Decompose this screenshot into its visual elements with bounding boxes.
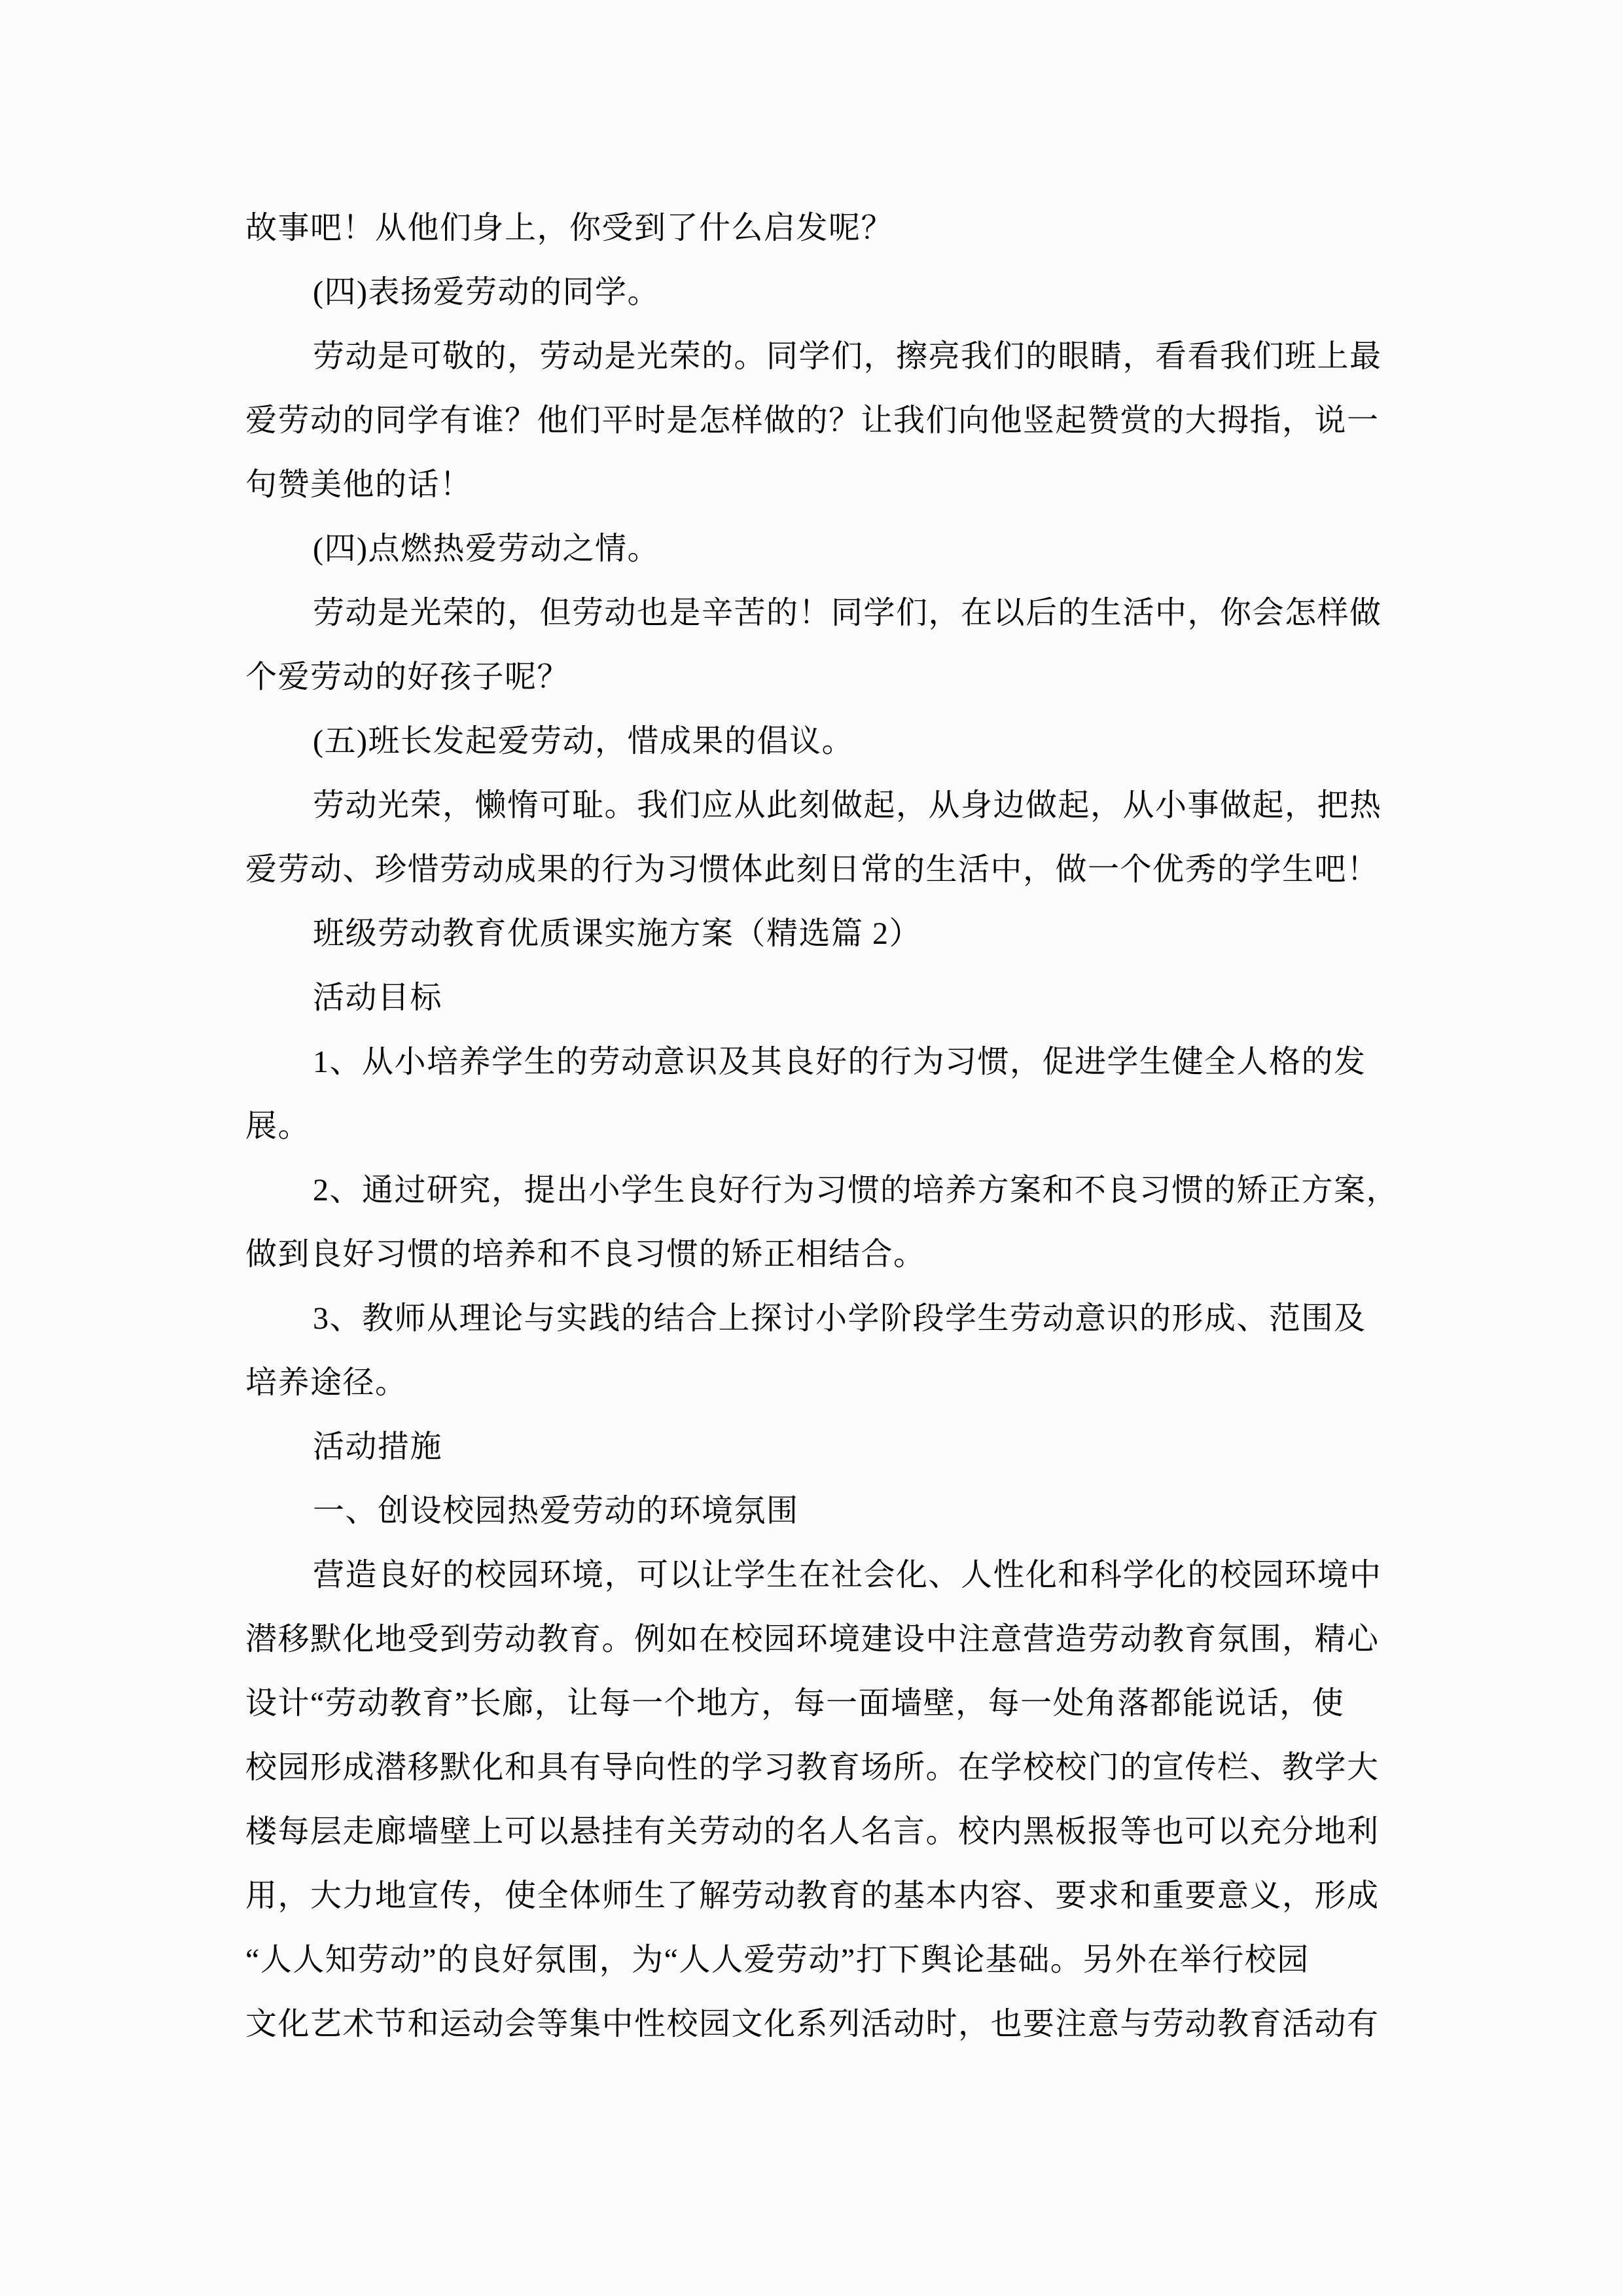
text-line: 1、从小培养学生的劳动意识及其良好的行为习惯，促进学生健全人格的发 (245, 1030, 1402, 1094)
text-line: 劳动光荣，懒惰可耻。我们应从此刻做起，从身边做起，从小事做起，把热 (245, 774, 1402, 838)
text-line: 劳动是光荣的，但劳动也是辛苦的！同学们，在以后的生活中，你会怎样做 (245, 581, 1402, 645)
text-line: 故事吧！从他们身上，你受到了什么启发呢？ (245, 196, 1402, 260)
text-line: 爱劳动的同学有谁？他们平时是怎样做的？让我们向他竖起赞赏的大拇指，说一 (245, 389, 1402, 453)
document-page: 故事吧！从他们身上，你受到了什么启发呢？(四)表扬爱劳动的同学。劳动是可敬的，劳… (0, 0, 1623, 2296)
text-line: 一、创设校园热爱劳动的环境氛围 (245, 1479, 1402, 1543)
text-line: 楼每层走廊墙壁上可以悬挂有关劳动的名人名言。校内黑板报等也可以充分地利 (245, 1800, 1402, 1864)
text-line: 校园形成潜移默化和具有导向性的学习教育场所。在学校校门的宣传栏、教学大 (245, 1736, 1402, 1800)
text-line: 活动目标 (245, 966, 1402, 1030)
text-line: 做到良好习惯的培养和不良习惯的矫正相结合。 (245, 1223, 1402, 1287)
text-line: 设计“劳动教育”长廊，让每一个地方，每一面墙壁，每一处角落都能说话，使 (245, 1672, 1402, 1736)
text-line: 用，大力地宣传，使全体师生了解劳动教育的基本内容、要求和重要意义，形成 (245, 1864, 1402, 1928)
text-line: 活动措施 (245, 1415, 1402, 1479)
text-line: 营造良好的校园环境，可以让学生在社会化、人性化和科学化的校园环境中 (245, 1543, 1402, 1607)
text-line: 2、通过研究，提出小学生良好行为习惯的培养方案和不良习惯的矫正方案， (245, 1158, 1402, 1223)
document-text-body: 故事吧！从他们身上，你受到了什么启发呢？(四)表扬爱劳动的同学。劳动是可敬的，劳… (245, 196, 1402, 2056)
text-line: “人人知劳动”的良好氛围，为“人人爱劳动”打下舆论基础。另外在举行校园 (245, 1928, 1402, 1992)
text-line: 3、教师从理论与实践的结合上探讨小学阶段学生劳动意识的形成、范围及 (245, 1287, 1402, 1351)
text-line: (四)点燃热爱劳动之情。 (245, 517, 1402, 581)
text-line: 文化艺术节和运动会等集中性校园文化系列活动时，也要注意与劳动教育活动有 (245, 1992, 1402, 2056)
text-line: 爱劳动、珍惜劳动成果的行为习惯体此刻日常的生活中，做一个优秀的学生吧！ (245, 838, 1402, 902)
text-line: 班级劳动教育优质课实施方案（精选篇 2） (245, 902, 1402, 966)
text-line: 展。 (245, 1094, 1402, 1158)
text-line: 培养途径。 (245, 1351, 1402, 1415)
text-line: 句赞美他的话！ (245, 453, 1402, 517)
text-line: 劳动是可敬的，劳动是光荣的。同学们，擦亮我们的眼睛，看看我们班上最 (245, 325, 1402, 389)
text-line: (四)表扬爱劳动的同学。 (245, 260, 1402, 325)
text-line: (五)班长发起爱劳动，惜成果的倡议。 (245, 709, 1402, 774)
text-line: 个爱劳动的好孩子呢？ (245, 645, 1402, 709)
text-line: 潜移默化地受到劳动教育。例如在校园环境建设中注意营造劳动教育氛围，精心 (245, 1607, 1402, 1672)
